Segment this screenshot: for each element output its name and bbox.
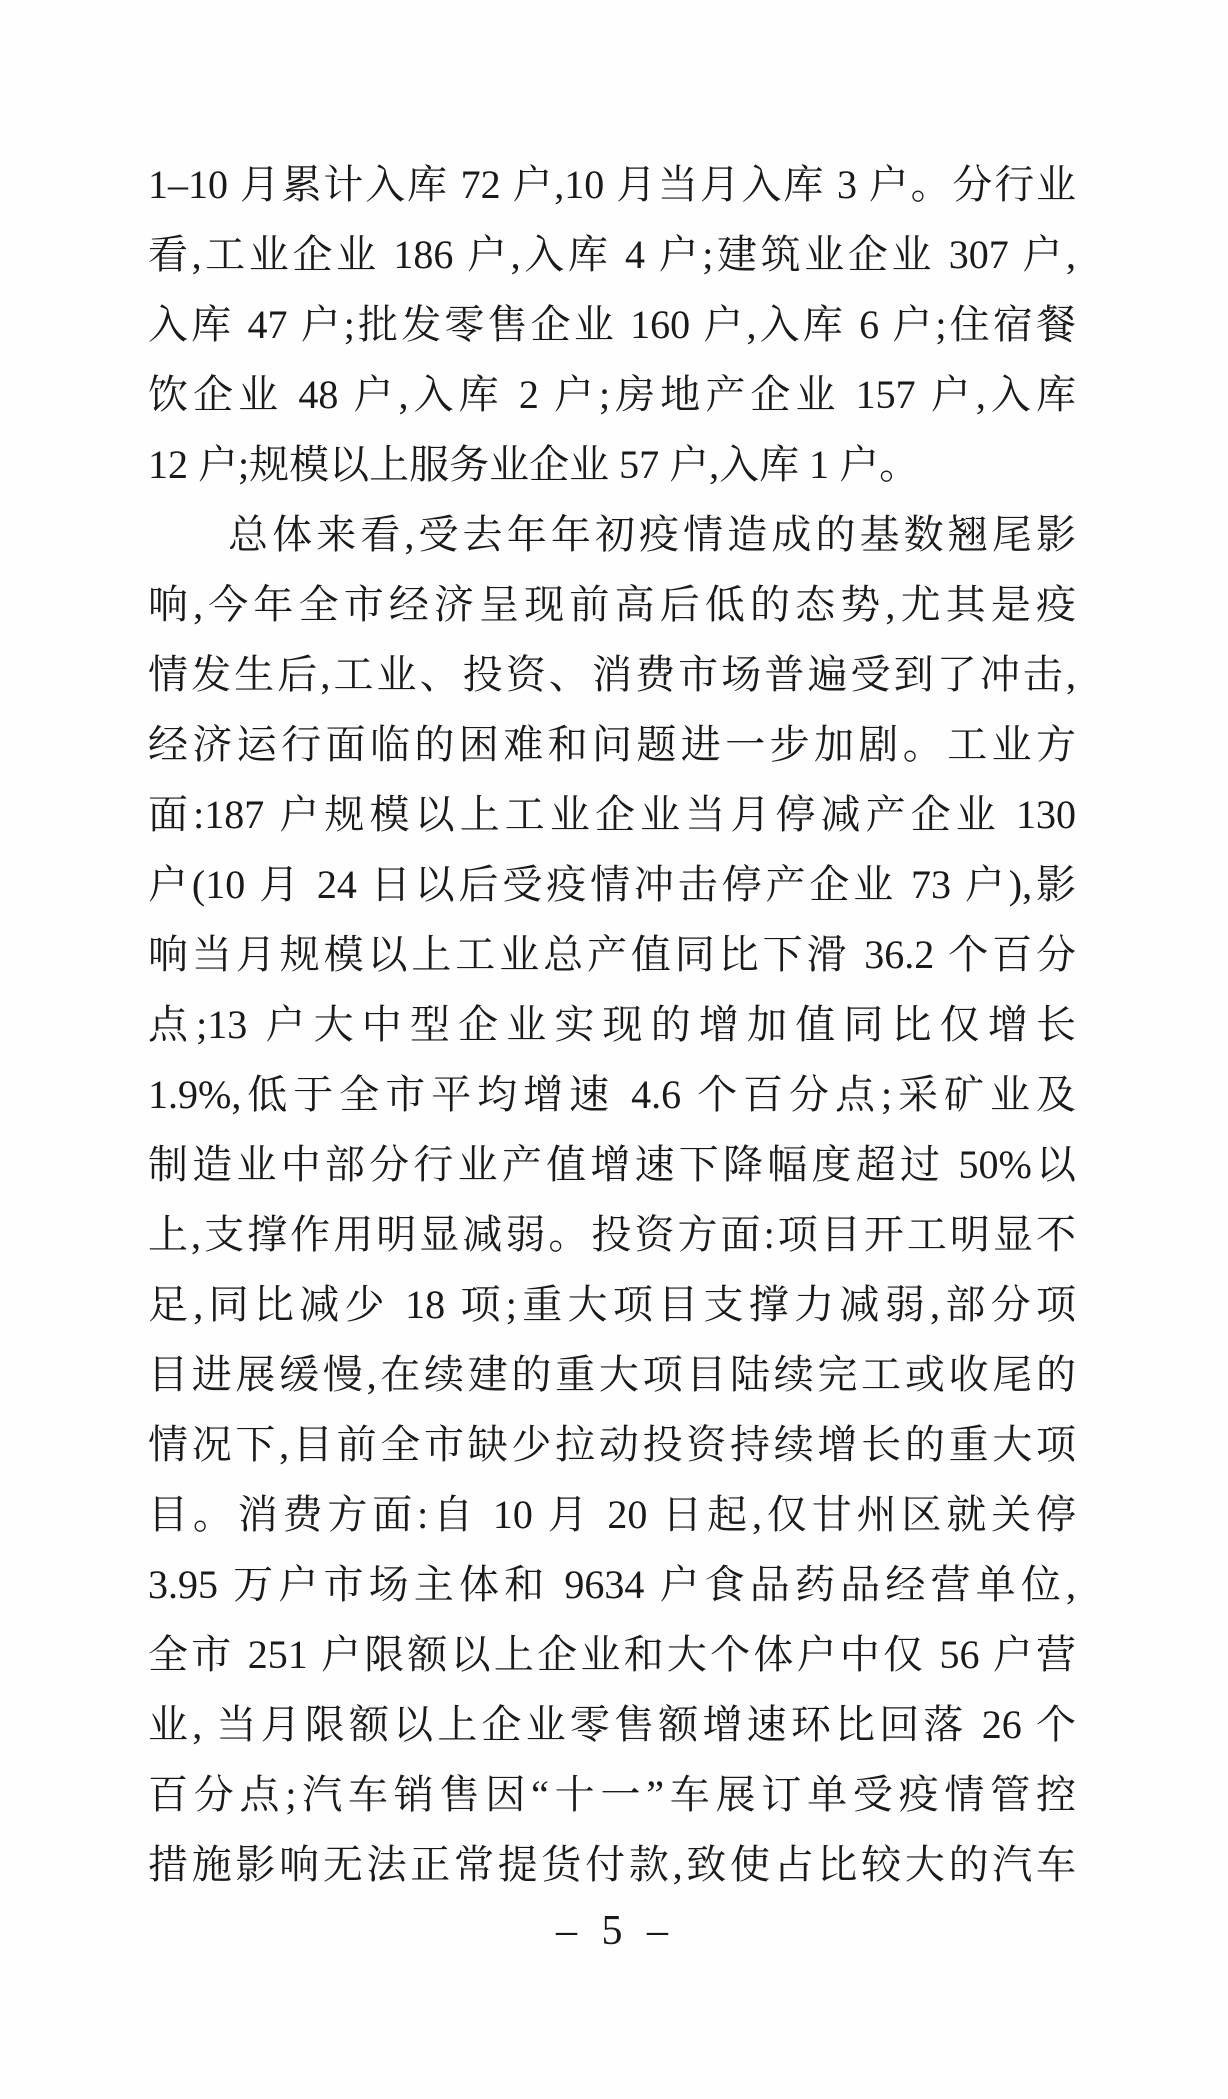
text-line: 足,同比减少 18 项;重大项目支撑力减弱,部分项 (148, 1270, 1076, 1340)
text-line: 3.95 万户市场主体和 9634 户食品药品经营单位, (148, 1550, 1076, 1620)
text-line: 经济运行面临的困难和问题进一步加剧。工业方 (148, 710, 1076, 780)
text-line: 目进展缓慢,在续建的重大项目陆续完工或收尾的 (148, 1340, 1076, 1410)
text-line: 饮企业 48 户,入库 2 户;房地产企业 157 户,入库 (148, 360, 1076, 430)
text-line: 全市 251 户限额以上企业和大个体户中仅 56 户营 (148, 1620, 1076, 1690)
text-line: 响,今年全市经济呈现前高后低的态势,尤其是疫 (148, 570, 1076, 640)
text-line: 入库 47 户;批发零售企业 160 户,入库 6 户;住宿餐 (148, 290, 1076, 360)
text-line: 措施影响无法正常提货付款,致使占比较大的汽车 (148, 1830, 1076, 1900)
text-line: 制造业中部分行业产值增速下降幅度超过 50%以 (148, 1130, 1076, 1200)
text-line: 目。消费方面:自 10 月 20 日起,仅甘州区就关停 (148, 1480, 1076, 1550)
paragraph-continued-from-previous-page: 1–10 月累计入库 72 户,10 月当月入库 3 户。分行业看,工业企业 1… (148, 150, 1076, 500)
page-number: – 5 – (556, 1908, 668, 1954)
text-line: 上,支撑作用明显减弱。投资方面:项目开工明显不 (148, 1200, 1076, 1270)
text-line: 业, 当月限额以上企业零售额增速环比回落 26 个 (148, 1690, 1076, 1760)
text-line: 情况下,目前全市缺少拉动投资持续增长的重大项 (148, 1410, 1076, 1480)
text-line: 响当月规模以上工业总产值同比下滑 36.2 个百分 (148, 920, 1076, 990)
paragraph-overall-summary: 总体来看,受去年年初疫情造成的基数翘尾影响,今年全市经济呈现前高后低的态势,尤其… (148, 500, 1076, 1900)
text-line: 面:187 户规模以上工业企业当月停减产企业 130 (148, 780, 1076, 850)
text-line: 1.9%,低于全市平均增速 4.6 个百分点;采矿业及 (148, 1060, 1076, 1130)
text-line: 百分点;汽车销售因“十一”车展订单受疫情管控 (148, 1760, 1076, 1830)
body-text: 1–10 月累计入库 72 户,10 月当月入库 3 户。分行业看,工业企业 1… (148, 150, 1076, 1900)
text-line: 户(10 月 24 日以后受疫情冲击停产企业 73 户),影 (148, 850, 1076, 920)
page-footer: – 5 – (148, 1906, 1076, 1956)
text-line: 1–10 月累计入库 72 户,10 月当月入库 3 户。分行业 (148, 150, 1076, 220)
text-line: 总体来看,受去年年初疫情造成的基数翘尾影 (148, 500, 1076, 570)
text-line: 情发生后,工业、投资、消费市场普遍受到了冲击, (148, 640, 1076, 710)
text-line: 12 户;规模以上服务业企业 57 户,入库 1 户。 (148, 430, 1076, 500)
document-page: 1–10 月累计入库 72 户,10 月当月入库 3 户。分行业看,工业企业 1… (0, 0, 1228, 2099)
text-line: 看,工业企业 186 户,入库 4 户;建筑业企业 307 户, (148, 220, 1076, 290)
text-line: 点;13 户大中型企业实现的增加值同比仅增长 (148, 990, 1076, 1060)
